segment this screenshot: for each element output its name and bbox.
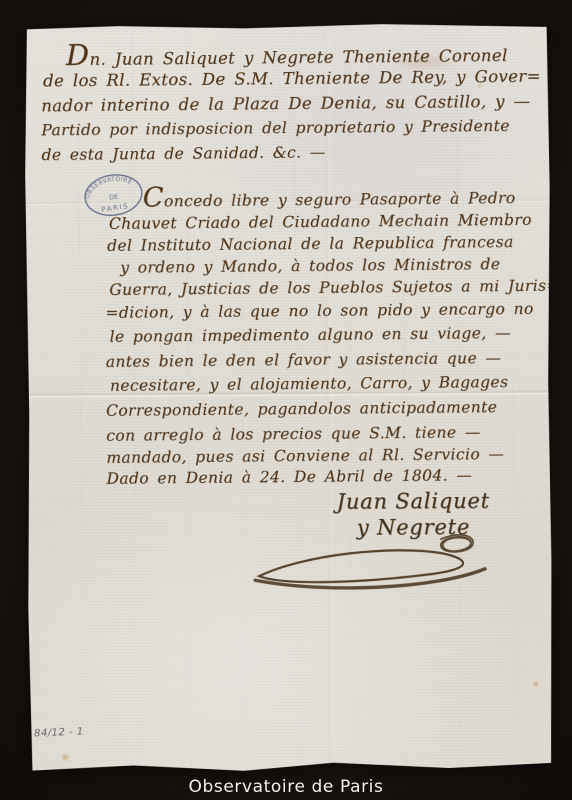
manuscript-line: Correspondiente, pagandolos anticipadame… bbox=[106, 398, 497, 420]
manuscript-line: antes bien le den el favor y asistencia … bbox=[106, 349, 502, 371]
manuscript-line: Partido por indisposicion del proprietar… bbox=[41, 117, 510, 139]
archival-photo: Dn. Juan Saliquet y Negrete Theniente Co… bbox=[0, 0, 572, 800]
manuscript-line: Chauvet Criado del Ciudadano Mechain Mie… bbox=[109, 211, 532, 233]
manuscript-line: le pongan impedimento alguno en su viage… bbox=[110, 324, 511, 346]
manuscript-line: con arreglo à los precios que S.M. tiene… bbox=[106, 423, 481, 445]
manuscript-line: Concedo libre y seguro Pasaporte à Pedro bbox=[143, 184, 516, 211]
manuscript-line: nador interino de la Plaza De Denia, su … bbox=[41, 92, 530, 116]
archival-shelfmark: 84/12 - 1 bbox=[34, 726, 84, 739]
manuscript-line: mandado, pues asi Conviene al Rl. Servic… bbox=[106, 445, 504, 467]
foxing-spot bbox=[532, 680, 540, 687]
manuscript-line: y ordeno y Mando, à todos los Ministros … bbox=[120, 255, 500, 277]
manuscript-line: =dicion, y à las que no lo son pido y en… bbox=[105, 300, 533, 322]
manuscript-line: de esta Junta de Sanidad. &c. — bbox=[41, 143, 325, 164]
photo-caption: Observatoire de Paris bbox=[0, 777, 572, 797]
manuscript-paper-wrap: Dn. Juan Saliquet y Negrete Theniente Co… bbox=[24, 22, 555, 773]
stamp-middle-text: DE bbox=[109, 192, 119, 201]
signature-name: Juan Saliquet bbox=[337, 489, 490, 514]
manuscript-line: de los Rl. Extos. De S.M. Theniente De R… bbox=[43, 67, 541, 91]
signature-flourish-icon bbox=[245, 523, 495, 603]
observatoire-paris-stamp: OBSERVATOIRE DE PARIS bbox=[79, 167, 148, 227]
stamp-icon: OBSERVATOIRE DE PARIS bbox=[79, 167, 147, 223]
manuscript-line: del Instituto Nacional de la Republica f… bbox=[107, 233, 514, 255]
manuscript-paper: Dn. Juan Saliquet y Negrete Theniente Co… bbox=[24, 22, 555, 773]
foxing-spot bbox=[60, 753, 70, 761]
manuscript-line: Dado en Denia à 24. De Abril de 1804. — bbox=[106, 466, 472, 488]
signature-flourish bbox=[245, 523, 495, 607]
manuscript-line: necesitare, y el alojamiento, Carro, y B… bbox=[110, 373, 509, 395]
manuscript-line: Dn. Juan Saliquet y Negrete Theniente Co… bbox=[66, 40, 508, 69]
manuscript-line: Guerra, Justicias de los Pueblos Sujetos… bbox=[109, 277, 560, 299]
